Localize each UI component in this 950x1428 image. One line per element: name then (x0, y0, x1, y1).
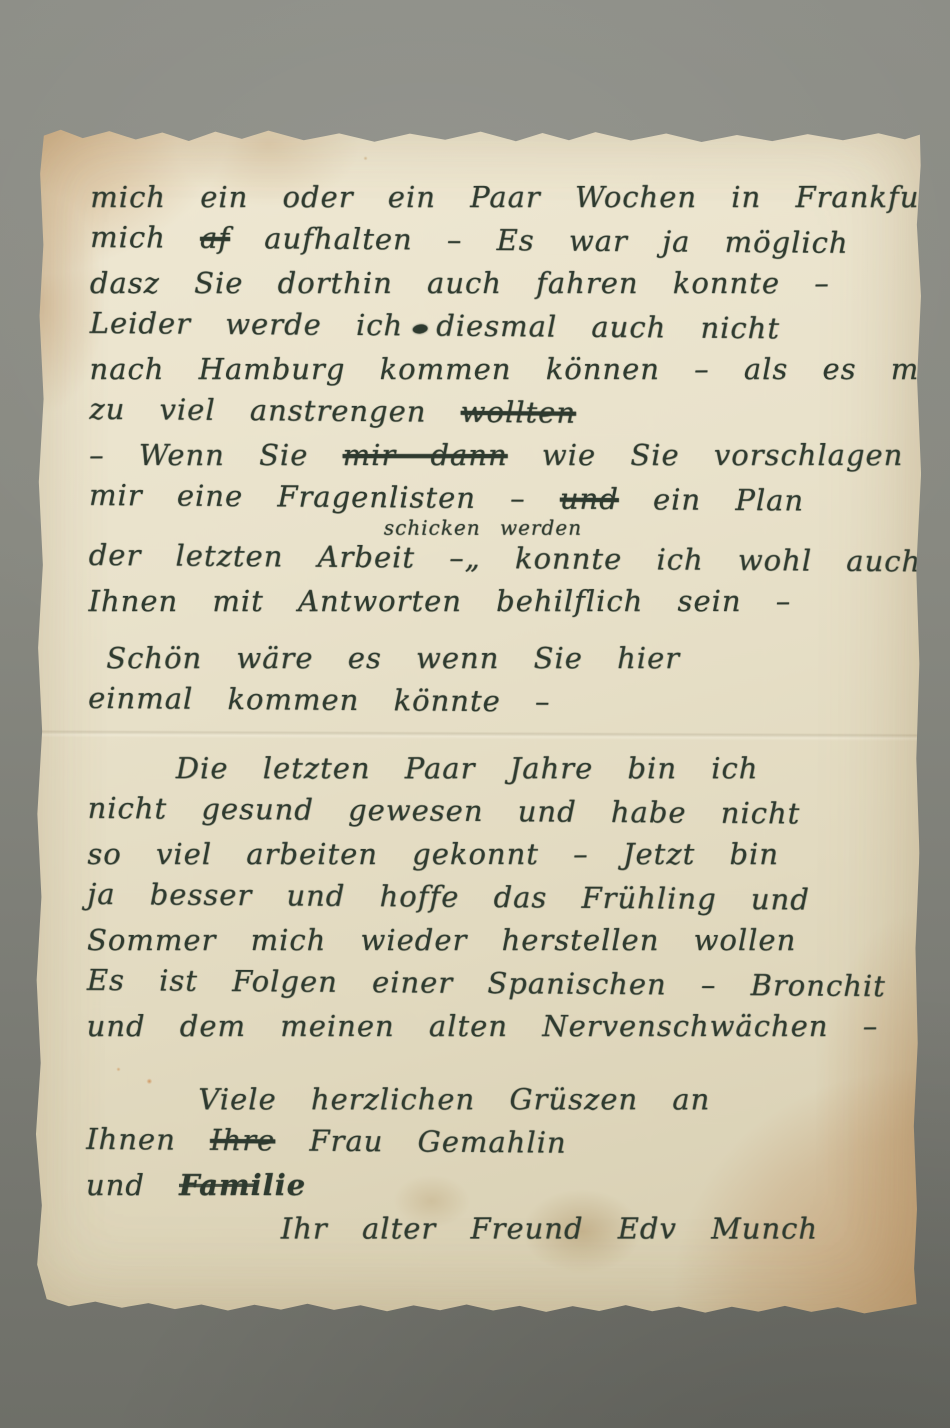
text-segment: Sommer mich wieder herstellen wollen (87, 923, 796, 957)
struck-text: af (200, 221, 230, 255)
letter-line: Ihr alter Freund Edv Munch (281, 1207, 890, 1250)
letter-line: Leider werde ichdiesmal auch nicht (90, 302, 894, 351)
letter-line: – Wenn Sie mir dann wie Sie vorschlagen (89, 434, 893, 477)
letter-line: Ihnen mit Antworten behilflich sein – (89, 580, 893, 623)
paragraph: Viele herzlichen Grüszen anIhnen Ihre Fr… (86, 1076, 891, 1209)
text-segment: und (86, 1168, 179, 1202)
text-segment: der letzten Arbeit –„ konnte ich wohl au… (89, 538, 922, 579)
text-segment: aufhalten – Es war ja möglich (230, 221, 849, 260)
letter-line: zu viel anstrengen wollten (89, 388, 893, 437)
struck-text: mir dann (343, 438, 508, 472)
text-segment: Es ist Folgen einer Spanischen – Bronchi… (87, 963, 886, 1003)
text-segment: Viele herzlichen Grüszen an (198, 1082, 710, 1116)
letter-line: Viele herzlichen Grüszen an (198, 1078, 890, 1121)
letter-line: mich ein oder ein Paar Wochen in Frankfu… (90, 176, 894, 219)
photo-background-mat: mich ein oder ein Paar Wochen in Frankfu… (0, 0, 950, 1428)
text-segment: nach Hamburg kommen können – als es mich (90, 352, 950, 386)
letter-line: ja besser und hoffe das Frühling und (87, 873, 891, 922)
letter-line: mich af aufhalten – Es war ja möglich (90, 216, 894, 265)
text-segment: so viel arbeiten gekonnt – Jetzt bin (87, 837, 779, 871)
text-segment: und dem meinen alten Nervenschwächen – (87, 1009, 879, 1043)
text-segment: – Wenn Sie (89, 438, 342, 472)
text-segment: ja besser und hoffe das Frühling und (87, 877, 810, 917)
letter-line: Ihnen Ihre Frau Gemahlin (86, 1118, 890, 1167)
letter-line: einmal kommen könnte – (88, 677, 892, 726)
text-segment: Frau Gemahlin (275, 1123, 567, 1159)
text-segment: Ihr alter Freund Edv Munch (281, 1211, 818, 1245)
text-segment: Ihnen mit Antworten behilflich sein – (89, 584, 792, 618)
paragraph: Die letzten Paar Jahre bin ichnicht gesu… (87, 745, 892, 1050)
letter-line: und dem meinen alten Nervenschwächen – (87, 1005, 891, 1048)
text-segment: mich (90, 220, 200, 255)
text-segment: Ihnen (86, 1122, 210, 1157)
text-segment: nicht gesund gewesen und habe nicht (87, 791, 800, 831)
letter-line: Schön wäre es wenn Sie hier (106, 637, 892, 680)
inserted-text-line: schicken werden (384, 518, 893, 538)
letter-line: und Familie (86, 1164, 890, 1207)
text-segment: Schön wäre es wenn Sie hier (106, 641, 680, 675)
ink-blot (412, 324, 428, 335)
text-segment: wie Sie vorschlagen (508, 438, 904, 472)
letter-line: der letzten Arbeit –„ konnte ich wohl au… (89, 534, 893, 583)
paragraph: mich ein oder ein Paar Wochen in Frankfu… (89, 174, 894, 436)
letter-line: nicht gesund gewesen und habe nicht (87, 787, 891, 836)
text-segment: mir eine Fragenlisten – (89, 478, 560, 516)
paragraph: Schön wäre es wenn Sie hiereinmal kommen… (88, 635, 892, 725)
struck-text: wollten (461, 395, 577, 430)
struck-text: Ihre (210, 1123, 275, 1158)
text-segment: ein Plan (619, 482, 805, 517)
paragraph: Ihr alter Freund Edv Munch (86, 1205, 890, 1252)
text-segment: dasz Sie dorthin auch fahren konnte – (90, 266, 830, 300)
letter-line: dasz Sie dorthin auch fahren konnte – (90, 262, 894, 305)
text-segment: diesmal auch nicht (436, 309, 780, 346)
letter-text: mich ein oder ein Paar Wochen in Frankfu… (33, 126, 922, 1316)
text-segment: einmal kommen könnte – (88, 681, 551, 719)
text-segment: Die letzten Paar Jahre bin ich (176, 751, 759, 785)
letter-sheet: mich ein oder ein Paar Wochen in Frankfu… (33, 126, 922, 1316)
letter-line: so viel arbeiten gekonnt – Jetzt bin (87, 833, 891, 876)
letter-line: nach Hamburg kommen können – als es mich (90, 348, 894, 391)
struck-text: und (560, 482, 619, 516)
letter-line: Die letzten Paar Jahre bin ich (176, 747, 892, 790)
letter-line: Es ist Folgen einer Spanischen – Bronchi… (87, 959, 891, 1008)
text-segment: zu viel anstrengen (89, 392, 461, 429)
text-segment: Leider werde ich (90, 306, 404, 342)
text-segment: mich ein oder ein Paar Wochen in Frankfu… (90, 180, 947, 214)
letter-line: Sommer mich wieder herstellen wollen (87, 919, 891, 962)
text-segment: Familie (179, 1168, 306, 1202)
paragraph: – Wenn Sie mir dann wie Sie vorschlagenm… (88, 432, 893, 625)
